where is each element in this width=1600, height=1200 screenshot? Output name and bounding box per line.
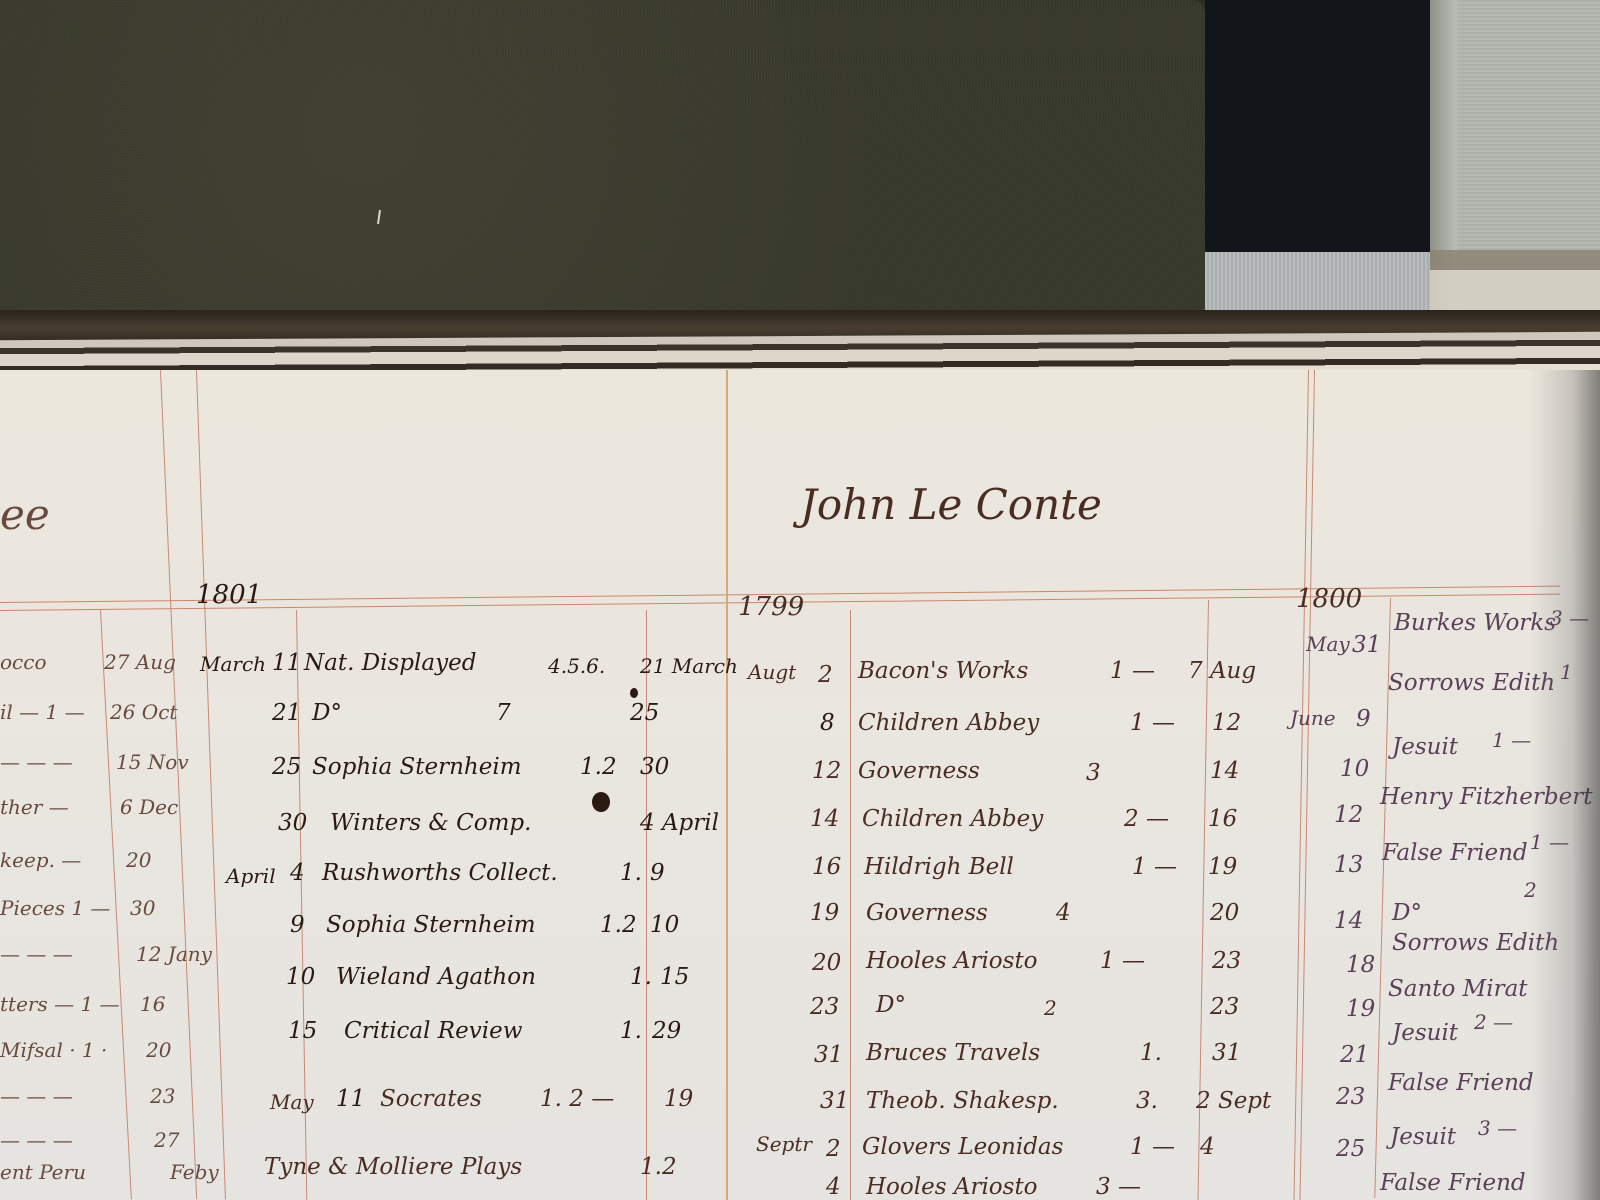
year-1800: 1800 xyxy=(1296,584,1362,614)
ink-blot xyxy=(592,792,610,812)
page-curl-shadow xyxy=(1530,370,1600,1200)
book-cover xyxy=(0,0,1205,318)
column-rule xyxy=(646,610,647,1200)
ink-blot xyxy=(630,688,638,698)
cover-fleck xyxy=(377,210,381,224)
column-rule xyxy=(196,370,226,1200)
column-rule xyxy=(850,610,851,1200)
page-fold xyxy=(726,370,728,1200)
dark-board-opening xyxy=(1205,0,1457,252)
column-rule xyxy=(160,370,197,1199)
account-name: John Le Conte xyxy=(800,480,1102,529)
ledger-page: ee John Le Conte 1801 1799 1800 occo 27 … xyxy=(0,370,1600,1200)
column-rule xyxy=(1300,370,1315,1200)
year-1801: 1801 xyxy=(196,580,262,610)
partial-heading: ee xyxy=(0,490,50,539)
year-1799: 1799 xyxy=(738,592,804,622)
